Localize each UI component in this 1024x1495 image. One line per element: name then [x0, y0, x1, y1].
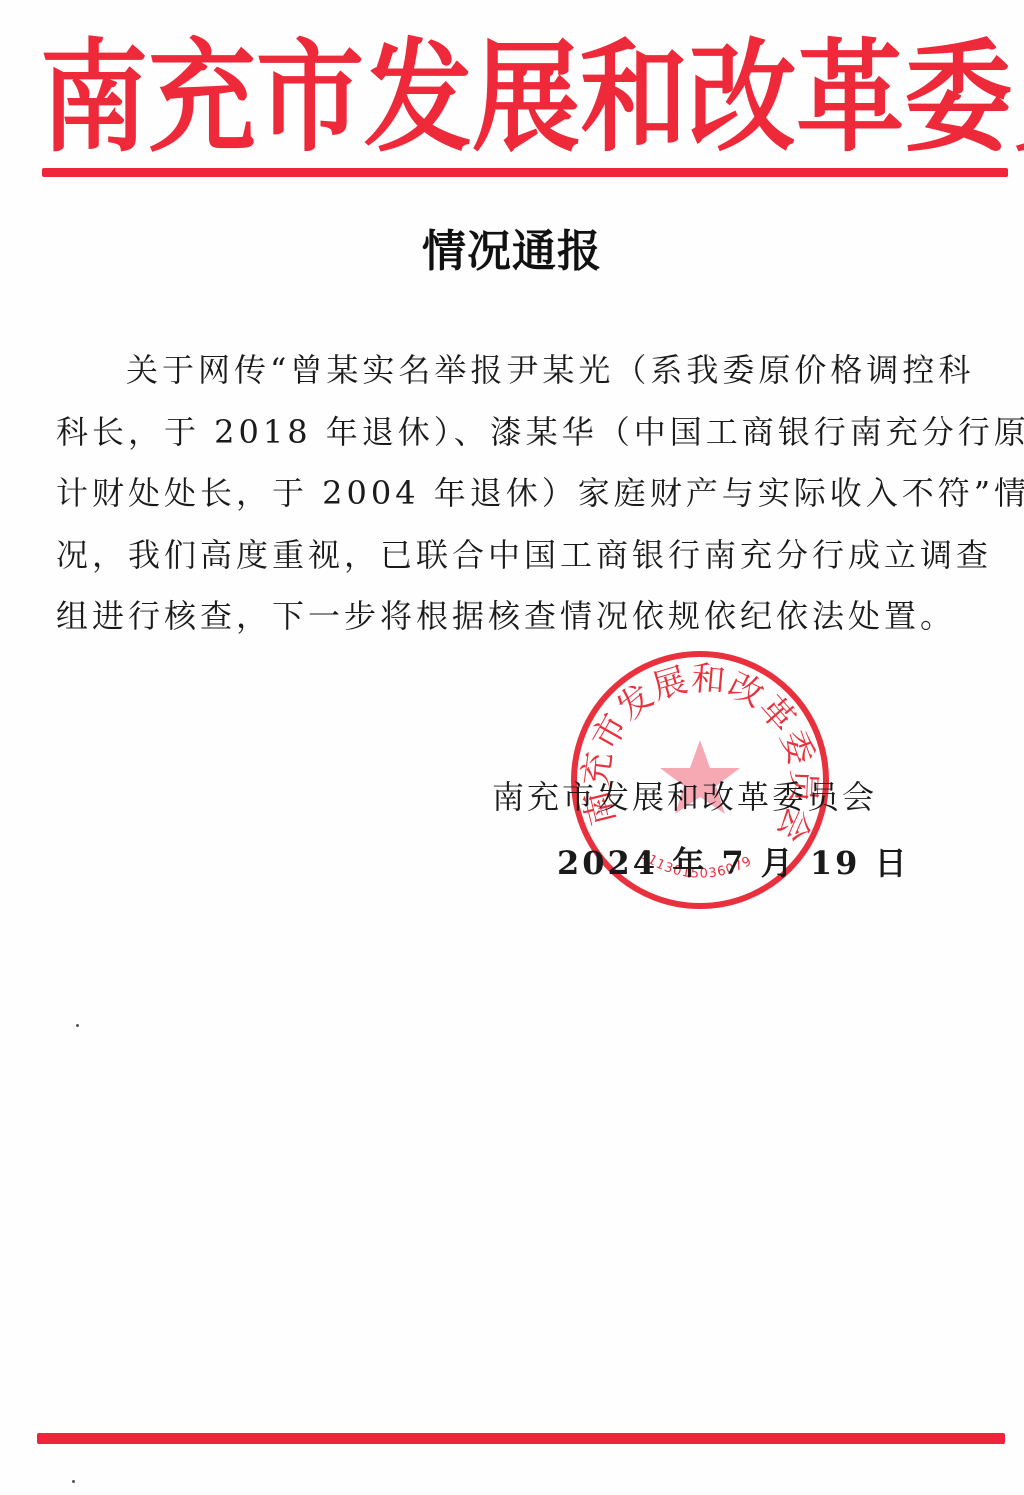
masthead-char: 改: [688, 37, 796, 158]
masthead-char: 市: [256, 37, 364, 158]
masthead-char: 发: [364, 37, 472, 158]
body-line: 科长，于 2018 年退休）、漆某华（中国工商银行南充分行原: [56, 402, 961, 464]
document-page: 南 充 市 发 展 和 改 革 委 员 会 情况通报 关于网传“曾某实名举报尹某…: [0, 0, 1024, 1495]
body-line: 关于网传“曾某实名举报尹某光（系我委原价格调控科: [56, 340, 961, 402]
body-line: 计财处处长，于 2004 年退休）家庭财产与实际收入不符”情: [56, 463, 961, 525]
masthead-char: 委: [904, 37, 1012, 158]
masthead-char: 充: [148, 37, 256, 158]
masthead-char: 和: [580, 37, 688, 158]
masthead-red-rule: [42, 168, 1008, 177]
masthead-char: 南: [40, 37, 148, 158]
masthead-char: 革: [796, 37, 904, 158]
scan-speck: [76, 1024, 79, 1027]
signature-organization: 南充市发展和改革委员会: [492, 772, 877, 818]
document-title: 情况通报: [0, 215, 1024, 279]
footer-red-rule: [37, 1433, 1005, 1444]
body-line: 组进行核查，下一步将根据核查情况依规依纪依法处置。: [56, 586, 961, 648]
body-line: 况，我们高度重视，已联合中国工商银行南充分行成立调查: [56, 525, 961, 587]
masthead-char: 员: [1012, 37, 1024, 158]
scan-speck: [72, 1480, 75, 1483]
masthead-organization: 南 充 市 发 展 和 改 革 委 员 会: [40, 30, 1005, 165]
masthead-char: 展: [472, 37, 580, 158]
body-paragraph: 关于网传“曾某实名举报尹某光（系我委原价格调控科 科长，于 2018 年退休）、…: [56, 340, 961, 648]
signature-date: 2024 年 7 月 19 日: [557, 838, 910, 884]
